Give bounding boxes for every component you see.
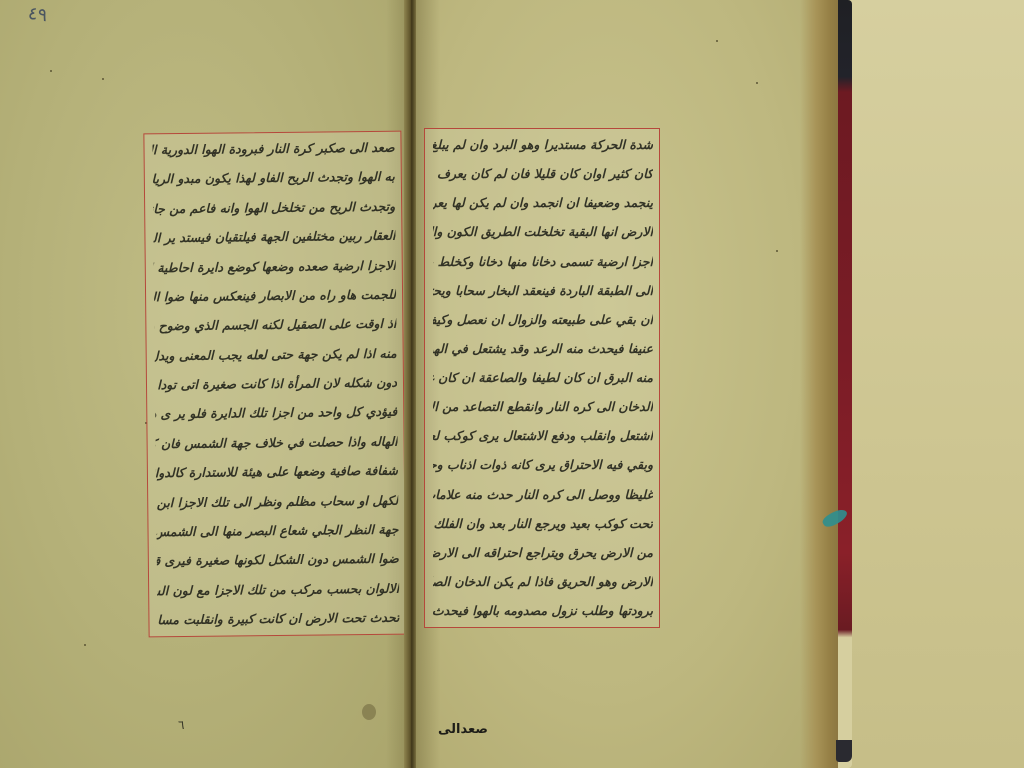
text-line: الارض وهو الحريق فاذا لم يكن الدخان الصا…	[433, 572, 653, 592]
text-line: لكهل او سحاب مظلم ونظر الى تلك الاجزا اب…	[156, 490, 398, 513]
text-line: جهة النظر الجلي شعاع البصر منها الى الشم…	[156, 520, 398, 543]
text-line: العقار ربين مختلفين الجهة فيلتقيان فيستد…	[153, 226, 395, 249]
text-line: تحدث تحت الارض ان كانت كبيرة وانقلبت مسا…	[157, 608, 399, 631]
text-line: وتجدث الريح من تخلخل الهوا وانه فاعم من …	[153, 196, 395, 219]
text-line: اذ اوقت على الصقيل لكنه الجسم الذي وضوح …	[154, 314, 396, 337]
text-line: اجزا ارضية تسمى دخانا منها دخانا وكخلط ب…	[433, 252, 653, 272]
text-line: ان بقي على طبيعته والزوال ان نعصل وكيف ك…	[433, 310, 653, 330]
text-line: وبقي فيه الاحتراق يرى كانه ذوات اذناب وح…	[433, 455, 653, 475]
text-line: اشتعل وانقلب ودفع الاشتعال يرى كوكب لعدد…	[433, 426, 653, 446]
text-line: شفافة صافية وضعها على هيئة للاستدارة كال…	[156, 461, 398, 484]
paper-speck	[50, 70, 52, 72]
text-line: الهاله واذا حصلت في خلاف جهة الشمس فان ك…	[156, 431, 398, 454]
text-line: الارض انها البقية تخلخلت الطريق الكون وا…	[433, 222, 653, 242]
text-line: الدخان الى كره النار وانقطع التصاعد من ا…	[433, 397, 653, 417]
left-text-frame: صعد الى صكبر كرة النار فبرودة الهوا الدو…	[143, 131, 406, 638]
text-line: منه اذا لم يكن جهة حتى لعله يجب المعنى و…	[155, 343, 397, 366]
manuscript-scene: ٤٩ ٦ صعد الى صكبر كرة النار فبرودة الهوا…	[0, 0, 1024, 768]
text-line: ينجمد وضعيفا ان انجمد وان لم يكن لها يعر…	[433, 193, 653, 213]
paper-speck	[716, 40, 718, 42]
text-line: الاجزا ارضية صعده وضعها كوضع دايرة احاطي…	[154, 255, 396, 278]
binding-corner	[836, 740, 852, 762]
folio-number: ٤٩	[27, 3, 49, 26]
text-line: صعد الى صكبر كرة النار فبرودة الهوا الدو…	[152, 138, 394, 161]
text-line: غليظا ووصل الى كره النار حدث منه علامات …	[433, 485, 653, 505]
text-line: الى الطبقة الباردة فينعقد البخار سحابا و…	[433, 281, 653, 301]
text-line: عنيفا فيحدث منه الرعد وقد يشتعل في الهوا…	[433, 339, 653, 359]
ink-stain	[362, 704, 376, 720]
margin-tick-mark: ٦	[178, 718, 184, 732]
text-line: برودتها وطلب نزول مصدومه بالهوا فيحدث ال…	[433, 601, 653, 621]
text-line: للجمت هاو راه من الابصار فينعكس منها ضوا…	[154, 285, 396, 308]
text-line: منه البرق ان كان لطيفا والصاعقة ان كان غ…	[433, 368, 653, 388]
text-line: دون شكله لان المرأة اذا كانت صغيرة اتى ت…	[155, 373, 397, 396]
paper-speck	[756, 82, 758, 84]
text-line: الالوان بحسب مركب من تلك الاجزا مع لون ا…	[157, 578, 399, 601]
text-line: ضوا الشمس دون الشكل لكونها صغيرة فيرى قو…	[157, 549, 399, 572]
right-text-frame: شدة الحركة مستديرا وهو البرد وان لم يبلغ…	[424, 128, 660, 628]
catchword: صعدالى	[438, 722, 488, 737]
text-line: تحت كوكب بعيد ويرجع النار بعد وان الفلك …	[433, 514, 653, 534]
text-line: فيؤدي كل واحد من اجزا تلك الدايرة فلو ير…	[155, 402, 397, 425]
table-backdrop	[840, 0, 1024, 768]
stained-fore-edge	[800, 0, 840, 768]
text-line: كان كثير اوان كان قليلا فان لم كان يعرف …	[433, 164, 653, 184]
paper-speck	[102, 78, 104, 80]
text-line: به الهوا وتجدث الريح الفاو لهذا يكون مبد…	[153, 167, 395, 190]
text-line: من الارض يحرق ويتراجع احتراقه الى الارض …	[433, 543, 653, 563]
paper-speck	[84, 644, 86, 646]
paper-speck	[776, 250, 778, 252]
text-line: شدة الحركة مستديرا وهو البرد وان لم يبلغ…	[433, 135, 653, 155]
red-leather-binding	[838, 0, 852, 768]
